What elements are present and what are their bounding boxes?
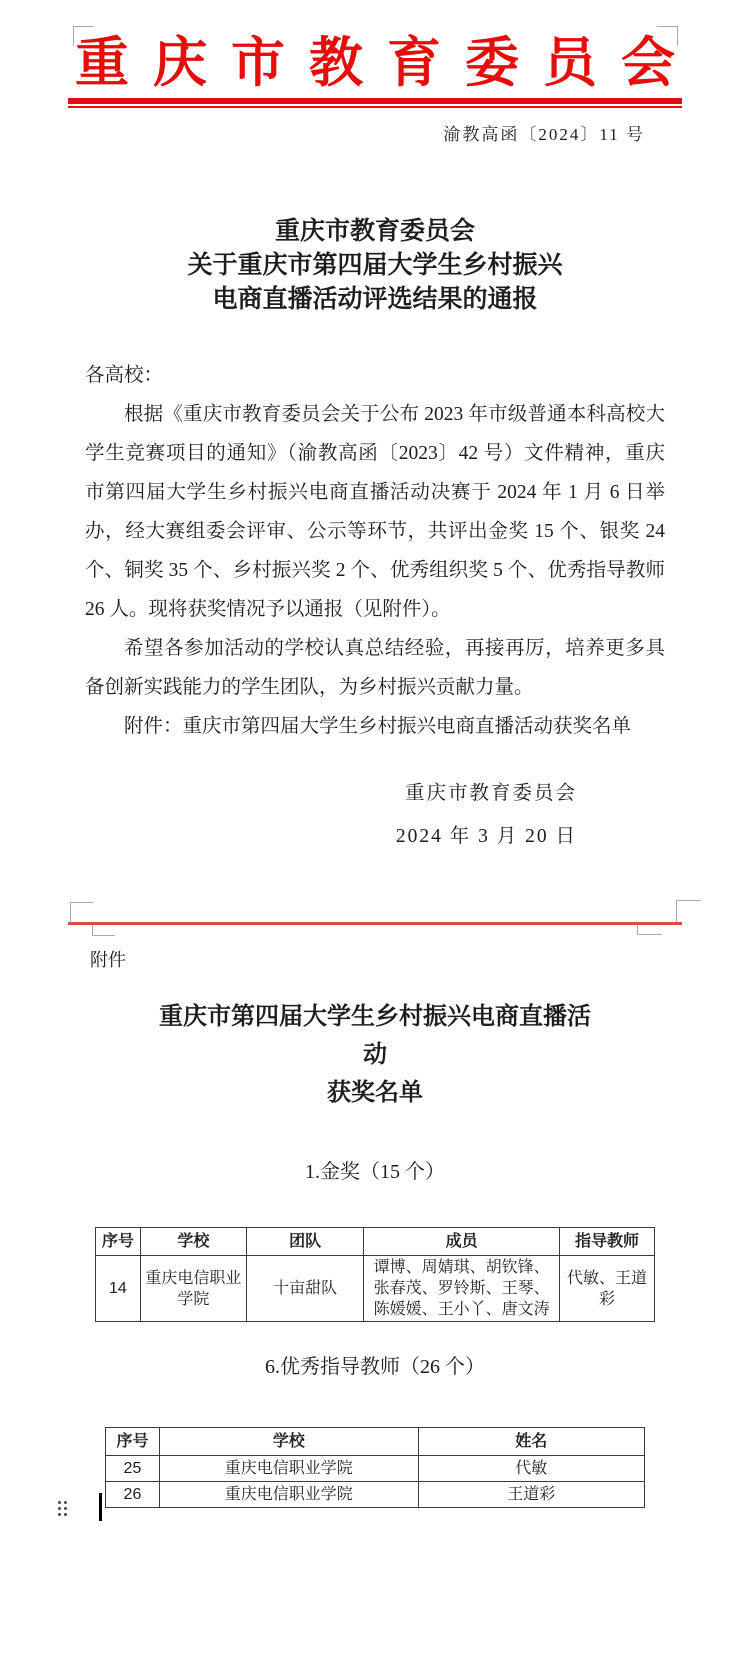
attachment-title-line-2: 动	[0, 1036, 750, 1074]
body-paragraph-2: 希望各参加活动的学校认真总结经验，再接再厉，培养更多具备创新实践能力的学生团队，…	[85, 629, 665, 707]
document-number: 渝教高函〔2024〕11 号	[443, 120, 645, 145]
table-header-cell: 序号	[96, 1228, 141, 1256]
text-cursor	[99, 1493, 102, 1521]
document-page: 重庆市教育委员会 渝教高函〔2024〕11 号 重庆市教育委员会 关于重庆市第四…	[0, 0, 750, 1661]
table-cell: 重庆电信职业学院	[159, 1482, 418, 1508]
section-heading-gold-award: 1.金奖（15 个）	[0, 1155, 750, 1184]
table-row: 26重庆电信职业学院王道彩	[106, 1482, 645, 1508]
attachment-title-line-3: 获奖名单	[0, 1074, 750, 1112]
table-cell: 14	[96, 1256, 141, 1322]
table-cell: 代敏	[418, 1456, 644, 1482]
section-heading-teacher-award: 6.优秀指导教师（26 个）	[0, 1350, 750, 1379]
table-cell: 重庆电信职业学院	[140, 1256, 246, 1322]
notice-body: 各高校： 根据《重庆市教育委员会关于公布 2023 年市级普通本科高校大学生竞赛…	[85, 356, 665, 858]
letterhead-rule-thin	[68, 106, 682, 108]
page-separator-rule	[68, 922, 682, 925]
table-cell: 王道彩	[418, 1482, 644, 1508]
attachment-label: 附件	[90, 946, 126, 972]
table-row: 14重庆电信职业学院十亩甜队谭博、周婧琪、胡钦锋、张春茂、罗铃斯、王琴、陈媛媛、…	[96, 1256, 655, 1322]
letterhead-rule	[68, 98, 682, 108]
table-header-cell: 姓名	[418, 1428, 644, 1456]
attachment-note: 附件：重庆市第四届大学生乡村振兴电商直播活动获奖名单	[85, 707, 665, 746]
attachment-title: 重庆市第四届大学生乡村振兴电商直播活 动 获奖名单	[0, 998, 750, 1112]
notice-title: 重庆市教育委员会 关于重庆市第四届大学生乡村振兴 电商直播活动评选结果的通报	[0, 215, 750, 317]
gold-award-table: 序号学校团队成员指导教师14重庆电信职业学院十亩甜队谭博、周婧琪、胡钦锋、张春茂…	[95, 1227, 655, 1322]
table-cell: 重庆电信职业学院	[159, 1456, 418, 1482]
letterhead-title: 重庆市教育委员会	[0, 20, 750, 97]
notice-title-line-2: 关于重庆市第四届大学生乡村振兴	[0, 249, 750, 283]
signature-org: 重庆市教育委员会	[85, 772, 577, 815]
table-header-cell: 指导教师	[559, 1228, 654, 1256]
attachment-title-line-1: 重庆市第四届大学生乡村振兴电商直播活	[0, 998, 750, 1036]
table-header-row: 序号学校姓名	[106, 1428, 645, 1456]
crop-mark-separator-above-right-icon	[676, 900, 701, 924]
table-row: 25重庆电信职业学院代敏	[106, 1456, 645, 1482]
table-header-row: 序号学校团队成员指导教师	[96, 1228, 655, 1256]
notice-title-line-1: 重庆市教育委员会	[0, 215, 750, 249]
body-paragraph-1: 根据《重庆市教育委员会关于公布 2023 年市级普通本科高校大学生竞赛项目的通知…	[85, 395, 665, 629]
teacher-award-table: 序号学校姓名25重庆电信职业学院代敏26重庆电信职业学院王道彩	[105, 1427, 645, 1508]
table-header-cell: 序号	[106, 1428, 160, 1456]
signature-block: 重庆市教育委员会 2024 年 3 月 20 日	[85, 772, 665, 858]
table-cell: 谭博、周婧琪、胡钦锋、张春茂、罗铃斯、王琴、陈媛媛、王小丫、唐文涛	[364, 1256, 560, 1322]
table-header-cell: 成员	[364, 1228, 560, 1256]
table-header-cell: 学校	[159, 1428, 418, 1456]
notice-title-line-3: 电商直播活动评选结果的通报	[0, 283, 750, 317]
table-cell: 26	[106, 1482, 160, 1508]
salutation: 各高校：	[85, 356, 665, 395]
drag-handle-icon[interactable]	[58, 1501, 69, 1518]
table-cell: 25	[106, 1456, 160, 1482]
crop-mark-separator-above-left-icon	[70, 902, 93, 924]
signature-date: 2024 年 3 月 20 日	[85, 815, 577, 858]
table-header-cell: 团队	[246, 1228, 363, 1256]
table-cell: 代敏、王道彩	[559, 1256, 654, 1322]
table-cell: 十亩甜队	[246, 1256, 363, 1322]
table-header-cell: 学校	[140, 1228, 246, 1256]
